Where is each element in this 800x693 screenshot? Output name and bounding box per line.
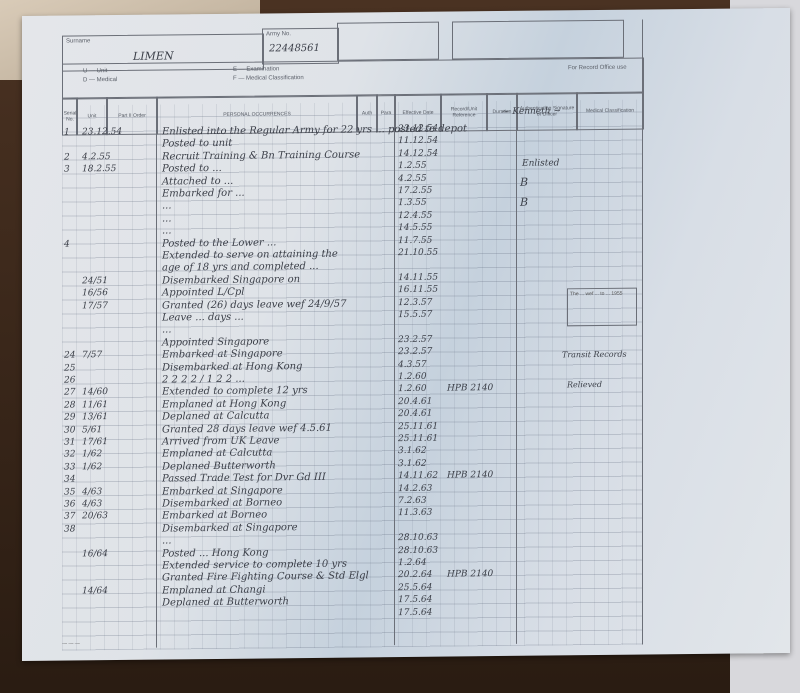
row-occurrence: Appointed Singapore [162, 336, 269, 348]
row-date: 14/60 [82, 388, 108, 398]
row-occurrence: Extended to complete 12 yrs [162, 385, 308, 398]
row-serial: 37 [64, 512, 75, 522]
row-serial: 24 [64, 351, 75, 361]
row-occurrence: ... [162, 536, 172, 547]
code-line: U — Unit [83, 68, 107, 74]
row-serial: 38 [64, 524, 75, 534]
row-date: 14/64 [82, 586, 108, 596]
row-date: 17/61 [82, 437, 108, 447]
row-serial: 29 [64, 413, 75, 423]
row-effective-date: 21.10.55 [398, 248, 438, 258]
row-date: 1/62 [82, 462, 102, 472]
row-effective-date: 25.11.61 [398, 434, 438, 444]
row-serial: 31 [64, 437, 75, 447]
row-date: 4/63 [82, 487, 102, 497]
row-occurrence: Granted (26) days leave wef 24/9/57 [162, 298, 346, 311]
row-effective-date: 23.2.57 [398, 347, 432, 357]
row-date: 16/64 [82, 549, 108, 559]
row-occurrence: Posted ... Hong Kong [162, 547, 269, 559]
row-occurrence: Extended to serve on attaining the [162, 249, 338, 262]
row-effective-date: 1.3.55 [398, 198, 427, 208]
row-effective-date: 23.12.54 [398, 124, 438, 134]
side-note: Transit Records [562, 350, 627, 360]
row-serial: 35 [64, 487, 75, 497]
row-occurrence: ... [162, 201, 172, 212]
code-line: F — Medical Classification [233, 75, 304, 82]
row-occurrence: Deplaned at Calcutta [162, 411, 269, 423]
column-rule [642, 20, 643, 645]
row-serial: 33 [64, 462, 75, 472]
service-record-sheet: Surname LIMEN Army No. 22448561 U — Unit… [22, 8, 790, 661]
code-line: E — Examination [233, 66, 279, 72]
row-effective-date: 1.2.55 [398, 161, 427, 171]
row-effective-date: 14.5.55 [398, 223, 432, 233]
row-serial: 28 [64, 400, 75, 410]
row-occurrence: Leave ... days ... [162, 312, 244, 324]
row-occurrence: Disembarked at Hong Kong [162, 361, 302, 373]
army-no-label: Army No. [266, 31, 291, 37]
row-effective-date: 11.3.63 [398, 508, 432, 518]
row-serial: 1 [64, 128, 70, 138]
army-number-box: Army No. 22448561 [262, 28, 339, 65]
ruled-grid [62, 100, 642, 651]
row-effective-date: 14.11.62 [398, 471, 438, 481]
row-effective-date: 11.12.54 [398, 136, 438, 146]
row-effective-date: 17.5.64 [398, 607, 432, 617]
row-effective-date: 12.4.55 [398, 211, 432, 221]
row-occurrence: Disembarked at Singapore [162, 522, 298, 534]
row-effective-date: 11.7.55 [398, 235, 432, 245]
side-note: B [520, 176, 528, 189]
row-effective-date: 14.12.54 [398, 148, 438, 158]
row-effective-date: 17.2.55 [398, 186, 432, 196]
row-effective-date: 23.2.57 [398, 335, 432, 345]
row-date: 1/62 [82, 450, 102, 460]
code-line: D — Medical [83, 77, 117, 83]
row-effective-date: 7.2.63 [398, 496, 427, 506]
surname-label: Surname [66, 38, 90, 44]
row-occurrence: Emplaned at Hong Kong [162, 398, 286, 410]
row-occurrence: ... [162, 226, 172, 237]
row-effective-date: 20.2.64 [398, 570, 432, 580]
row-occurrence: Passed Trade Test for Dvr Gd III [162, 472, 326, 485]
row-serial: 34 [64, 475, 75, 485]
row-reference: HPB 2140 [447, 569, 493, 579]
column-rule [394, 130, 395, 645]
row-date: 17/57 [82, 301, 108, 311]
side-note: Enlisted [522, 158, 559, 168]
row-effective-date: 12.3.57 [398, 297, 432, 307]
row-occurrence: Emplaned at Calcutta [162, 448, 272, 460]
row-effective-date: 28.10.63 [398, 545, 438, 555]
row-serial: 27 [64, 388, 75, 398]
surname-value: LIMEN [133, 49, 174, 62]
row-effective-date: 20.4.61 [398, 397, 432, 407]
row-serial: 4 [64, 239, 70, 249]
row-effective-date: 1.2.60 [398, 384, 427, 394]
row-reference: HPB 2140 [447, 383, 493, 393]
row-effective-date: 15.5.57 [398, 310, 432, 320]
row-occurrence: Disembarked at Borneo [162, 497, 282, 509]
row-occurrence: Embarked for ... [162, 188, 245, 200]
row-date: 16/56 [82, 288, 108, 298]
row-occurrence: Recruit Training & Bn Training Course [162, 149, 360, 162]
row-effective-date: 14.2.63 [398, 483, 432, 493]
row-occurrence: Extended service to complete 10 yrs [162, 559, 347, 572]
row-occurrence: Deplaned at Butterworth [162, 596, 289, 608]
row-effective-date: 4.2.55 [398, 173, 427, 183]
row-date: 5/61 [82, 425, 102, 435]
row-occurrence: Embarked at Borneo [162, 510, 267, 522]
row-serial: 2 [64, 152, 70, 162]
side-note: B [520, 196, 528, 209]
row-date: 7/57 [82, 350, 102, 360]
row-date: 4.2.55 [82, 152, 111, 162]
column-rule [156, 133, 157, 648]
side-note: Relieved [567, 380, 602, 389]
row-serial: 25 [64, 363, 75, 373]
row-date: 20/63 [82, 512, 108, 522]
row-effective-date: 28.10.63 [398, 533, 438, 543]
record-office-note: For Record Office use [568, 65, 627, 72]
row-occurrence: Embarked at Singapore [162, 485, 283, 497]
row-occurrence: Posted to ... [162, 163, 222, 175]
row-effective-date: 25.11.61 [398, 421, 438, 431]
row-occurrence: Emplaned at Changi [162, 584, 266, 596]
row-occurrence: Granted 28 days leave wef 4.5.61 [162, 422, 332, 435]
row-occurrence: ... [162, 325, 172, 336]
row-serial: 26 [64, 375, 75, 385]
row-serial: 32 [64, 450, 75, 460]
row-date: 23.12.54 [82, 127, 122, 137]
row-effective-date: 3.1.62 [398, 459, 427, 469]
row-effective-date: 25.5.64 [398, 583, 432, 593]
row-occurrence: age of 18 yrs and completed ... [162, 261, 319, 274]
row-occurrence: 2 2 2 2 / 1 2 2 ... [162, 374, 245, 386]
row-date: 18.2.55 [82, 164, 116, 174]
row-serial: 30 [64, 425, 75, 435]
row-reference: HPB 2140 [447, 470, 493, 480]
row-occurrence: Granted Fire Fighting Course & Std Elgl [162, 571, 369, 584]
row-effective-date: 17.5.64 [398, 595, 432, 605]
row-effective-date: 16.11.55 [398, 285, 438, 295]
column-rule [516, 129, 517, 644]
form-footer: — — — [62, 640, 80, 646]
row-effective-date: 3.1.62 [398, 446, 427, 456]
row-date: 24/51 [82, 276, 108, 286]
row-occurrence: ... [162, 213, 172, 224]
row-occurrence: Deplaned Butterworth [162, 460, 276, 472]
row-serial: 36 [64, 499, 75, 509]
row-date: 13/61 [82, 412, 108, 422]
row-occurrence: Arrived from UK Leave [162, 435, 279, 447]
row-occurrence: Attached to ... [162, 175, 233, 187]
row-occurrence: Appointed L/Cpl [162, 287, 244, 299]
row-date: 4/63 [82, 499, 102, 509]
row-occurrence: Disembarked Singapore on [162, 274, 300, 286]
header-right-box [452, 20, 624, 60]
row-date: 11/61 [82, 400, 108, 410]
row-effective-date: 14.11.55 [398, 272, 438, 282]
row-effective-date: 20.4.61 [398, 409, 432, 419]
army-no-value: 22448561 [269, 43, 320, 55]
row-effective-date: 1.2.64 [398, 558, 427, 568]
row-effective-date: 1.2.60 [398, 372, 427, 382]
stamp-box: The ... wef ... to ... 1955 [567, 288, 637, 327]
signature: ~ Kenneth ~ [502, 106, 561, 117]
row-occurrence: Posted to unit [162, 138, 232, 150]
row-occurrence: Embarked at Singapore [162, 348, 283, 360]
row-effective-date: 4.3.57 [398, 359, 427, 369]
header-mid-box [337, 22, 439, 61]
row-serial: 3 [64, 165, 70, 175]
row-occurrence: Posted to the Lower ... [162, 237, 276, 249]
